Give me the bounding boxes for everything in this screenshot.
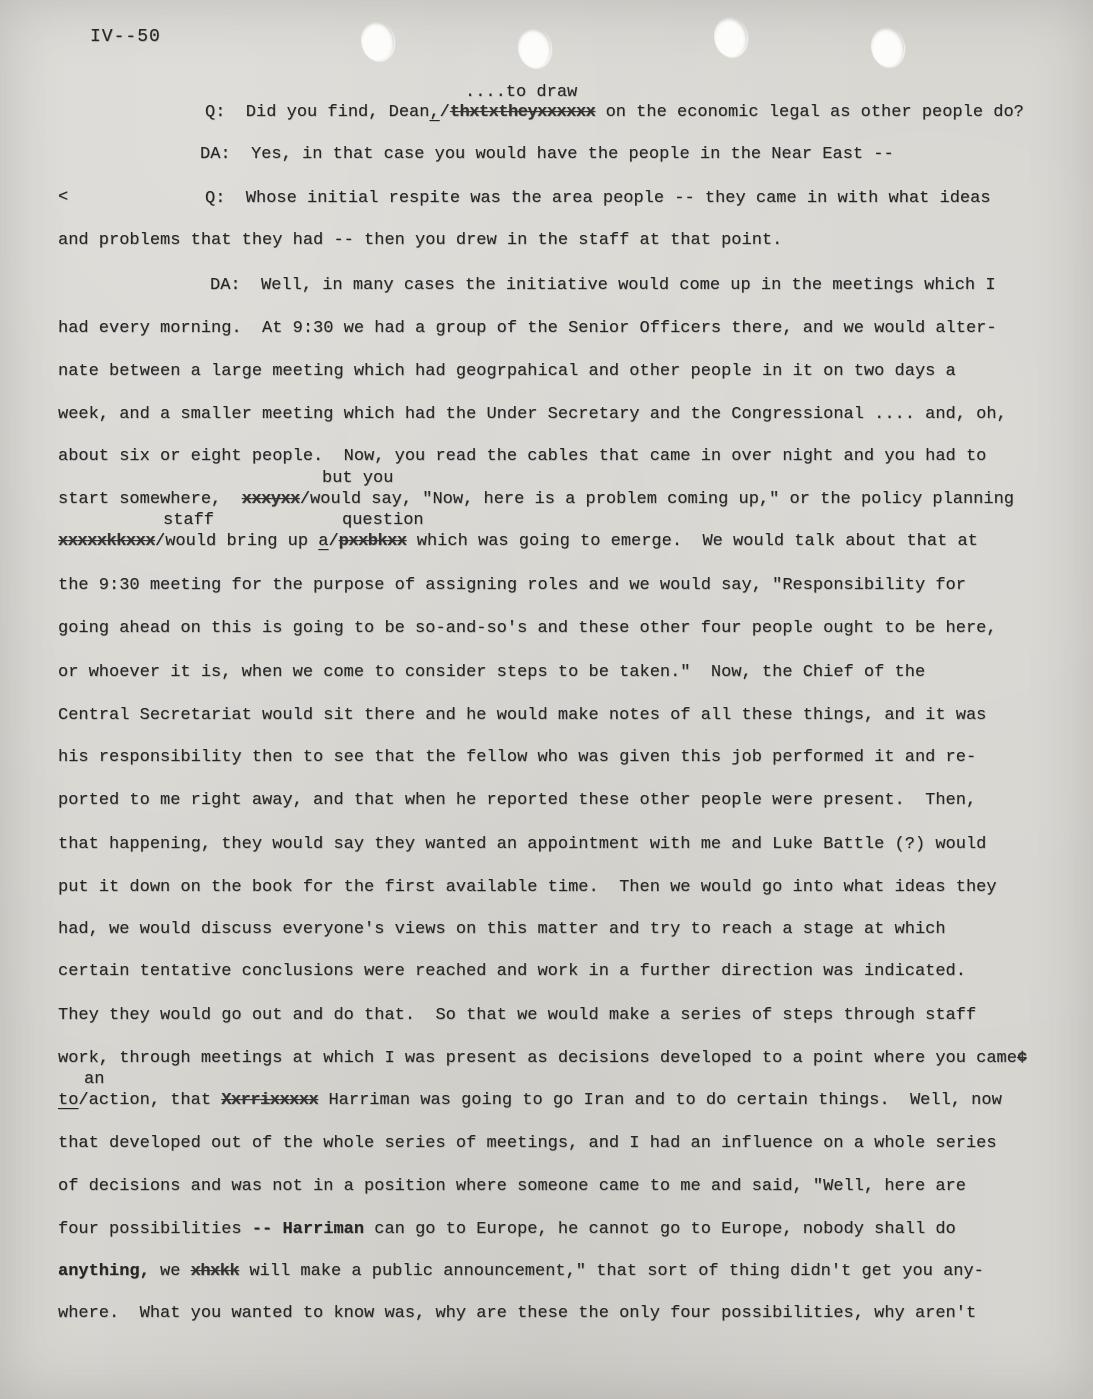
text-line: that happening, they would say they want… — [58, 836, 986, 854]
text-segment: can go to Europe, he cannot go to Europe… — [364, 1220, 956, 1239]
text-segment: /would say, "Now, here is a problem comi… — [300, 490, 1014, 509]
text-segment: that happening, they would say they want… — [58, 835, 986, 854]
struck-out-text: xxxxxkkxxx — [58, 532, 155, 551]
inserted-correction-text: staff — [163, 512, 214, 530]
struck-out-text: xxxyxx — [242, 490, 300, 509]
text-segment: certain tentative conclusions were reach… — [58, 962, 966, 981]
text-segment: / — [440, 103, 450, 122]
text-segment: going ahead on this is going to be so-an… — [58, 619, 997, 638]
text-line: Q: Did you find, Dean,/thxtxtheyxxxxxx o… — [205, 104, 1024, 122]
text-segment: staff — [163, 511, 214, 530]
punch-hole — [711, 15, 749, 59]
text-line: start somewhere, xxxyxx/would say, "Now,… — [58, 491, 1014, 509]
text-segment: which was going to emerge. We would talk… — [407, 532, 978, 551]
text-line: or whoever it is, when we come to consid… — [58, 664, 925, 682]
text-segment: put it down on the book for the first av… — [58, 878, 997, 897]
text-segment: IV--50 — [90, 27, 161, 47]
text-line: of decisions and was not in a position w… — [58, 1178, 966, 1196]
text-line: nate between a large meeting which had g… — [58, 363, 956, 381]
text-line: anything, we xhxkk will make a public an… — [58, 1263, 984, 1281]
text-line: ported to me right away, and that when h… — [58, 792, 976, 810]
struck-out-text: Xxrrixxxxx — [221, 1091, 318, 1110]
text-segment: where. What you wanted to know was, why … — [58, 1304, 976, 1323]
text-segment: about six or eight people. Now, you read… — [58, 447, 986, 466]
page: IV--50....to drawQ: Did you find, Dean,/… — [0, 0, 1093, 1399]
text-line: DA: Yes, in that case you would have the… — [200, 146, 894, 164]
inserted-correction-text: question — [342, 512, 424, 530]
page-number-label: IV--50 — [90, 28, 161, 46]
text-line: DA: Well, in many cases the initiative w… — [210, 277, 996, 295]
inserted-correction-text: an — [84, 1071, 104, 1089]
text-segment: his responsibility then to see that the … — [58, 748, 976, 767]
text-segment: DA: Well, in many cases the initiative w… — [210, 276, 996, 295]
text-line: where. What you wanted to know was, why … — [58, 1305, 976, 1323]
text-line: and problems that they had -- then you d… — [58, 232, 782, 250]
punch-hole — [868, 25, 906, 69]
inserted-correction-text: ....to draw — [465, 84, 577, 102]
text-line: his responsibility then to see that the … — [58, 749, 976, 767]
text-segment: -- Harriman — [252, 1220, 364, 1239]
text-segment: but you — [322, 469, 393, 488]
text-line: week, and a smaller meeting which had th… — [58, 406, 1007, 424]
text-line: had every morning. At 9:30 we had a grou… — [58, 320, 997, 338]
text-segment: ported to me right away, and that when h… — [58, 791, 976, 810]
text-segment: question — [342, 511, 424, 530]
text-segment: a — [318, 532, 328, 551]
text-segment: to — [58, 1091, 78, 1110]
text-segment: start somewhere, — [58, 490, 242, 509]
text-segment: had, we would discuss everyone's views o… — [58, 920, 946, 939]
text-segment: , — [429, 103, 439, 122]
text-line: had, we would discuss everyone's views o… — [58, 921, 946, 939]
text-segment: week, and a smaller meeting which had th… — [58, 405, 1007, 424]
text-segment: /would bring up — [155, 532, 318, 551]
struck-out-text: xhxkk — [191, 1262, 240, 1281]
text-line: work, through meetings at which I was pr… — [58, 1050, 1027, 1068]
text-segment: / — [328, 532, 338, 551]
text-segment: and problems that they had -- then you d… — [58, 231, 782, 250]
punch-hole — [515, 26, 553, 70]
text-segment: Q: Whose initial respite was the area pe… — [205, 189, 991, 208]
text-segment: the 9:30 meeting for the purpose of assi… — [58, 576, 966, 595]
text-segment: anything, — [58, 1262, 150, 1281]
text-segment: ....to draw — [465, 83, 577, 102]
text-line: They they would go out and do that. So t… — [58, 1007, 976, 1025]
text-segment: /action, that — [78, 1091, 221, 1110]
text-line: going ahead on this is going to be so-an… — [58, 620, 997, 638]
text-line: the 9:30 meeting for the purpose of assi… — [58, 577, 966, 595]
text-segment: on the economic legal as other people do… — [595, 103, 1023, 122]
struck-out-text: ¢ — [1017, 1049, 1027, 1068]
text-line: xxxxxkkxxx/would bring up a/pxxbkxx whic… — [58, 533, 978, 551]
text-line: to/action, that Xxrrixxxxx Harriman was … — [58, 1092, 1002, 1110]
text-line: Q: Whose initial respite was the area pe… — [205, 190, 991, 208]
text-segment: DA: Yes, in that case you would have the… — [200, 145, 894, 164]
inserted-correction-text: but you — [322, 470, 393, 488]
text-line: four possibilities -- Harriman can go to… — [58, 1221, 956, 1239]
text-segment: four possibilities — [58, 1220, 252, 1239]
text-segment: we — [150, 1262, 191, 1281]
text-segment: Q: Did you find, Dean — [205, 103, 429, 122]
text-segment: or whoever it is, when we come to consid… — [58, 663, 925, 682]
text-line: certain tentative conclusions were reach… — [58, 963, 966, 981]
text-line: about six or eight people. Now, you read… — [58, 448, 986, 466]
text-segment: Harriman was going to go Iran and to do … — [318, 1091, 1002, 1110]
text-segment: an — [84, 1070, 104, 1089]
text-segment: Central Secretariat would sit there and … — [58, 706, 986, 725]
text-segment: that developed out of the whole series o… — [58, 1134, 997, 1153]
text-segment: They they would go out and do that. So t… — [58, 1006, 976, 1025]
text-segment: had every morning. At 9:30 we had a grou… — [58, 319, 997, 338]
punch-hole — [358, 19, 396, 63]
text-line: that developed out of the whole series o… — [58, 1135, 997, 1153]
text-line: put it down on the book for the first av… — [58, 879, 997, 897]
text-segment: < — [58, 188, 68, 207]
text-segment: of decisions and was not in a position w… — [58, 1177, 966, 1196]
text-segment: nate between a large meeting which had g… — [58, 362, 956, 381]
margin-mark: < — [58, 189, 68, 207]
text-line: Central Secretariat would sit there and … — [58, 707, 986, 725]
struck-out-text: thxtxtheyxxxxxx — [450, 103, 596, 122]
text-segment: will make a public announcement," that s… — [239, 1262, 984, 1281]
struck-out-text: pxxbkxx — [339, 532, 407, 551]
text-segment: work, through meetings at which I was pr… — [58, 1049, 1017, 1068]
